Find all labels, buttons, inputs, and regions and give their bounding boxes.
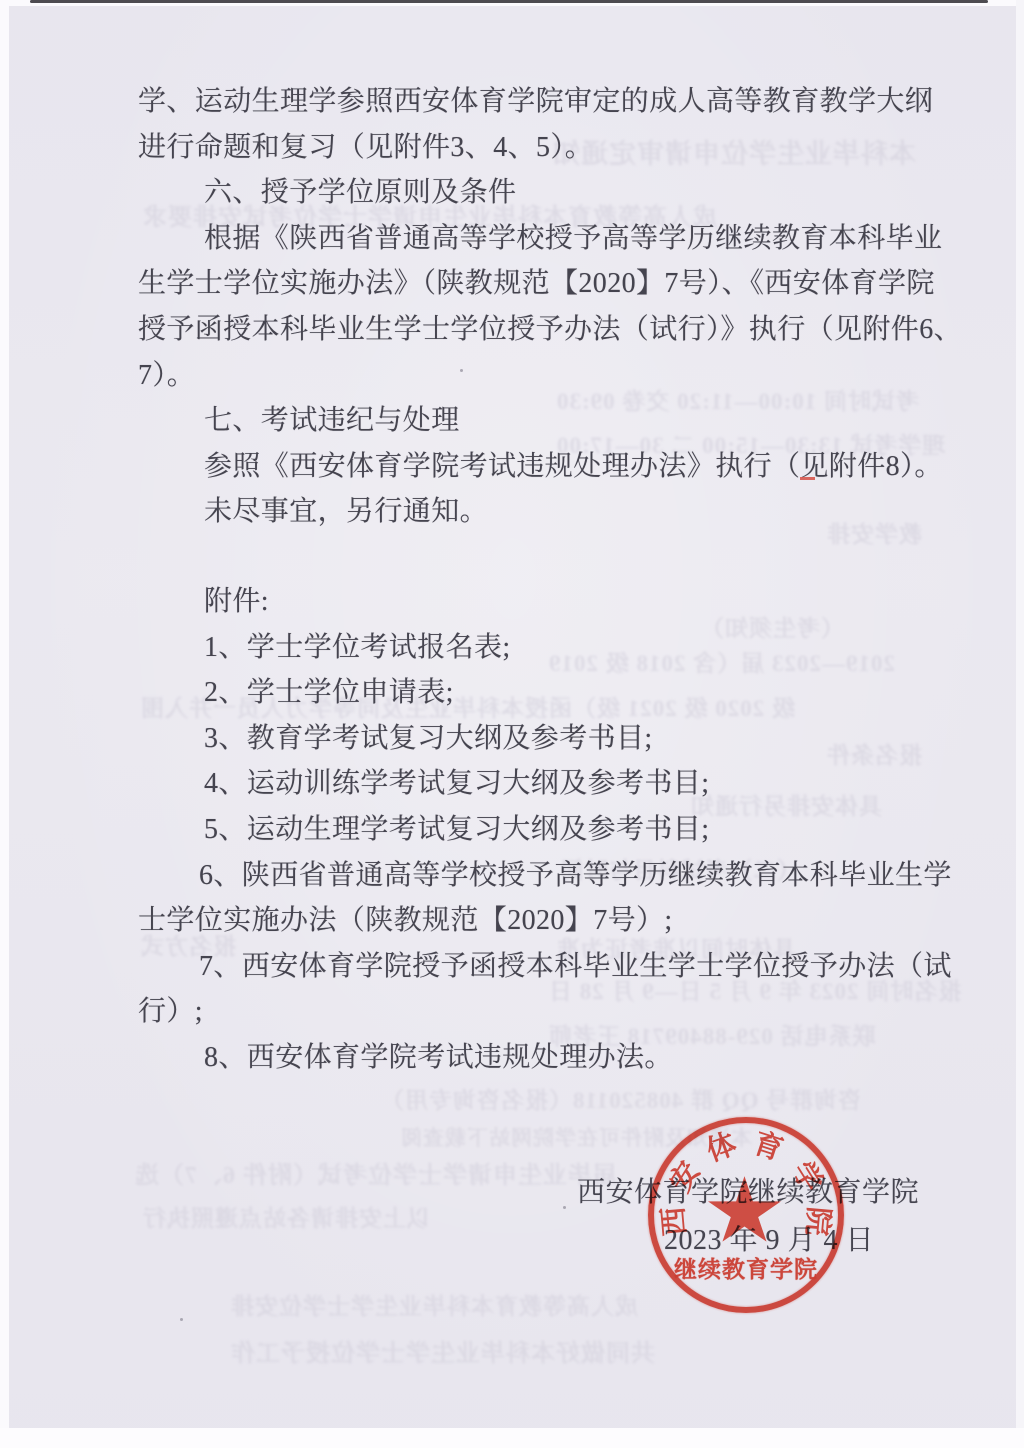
text-line: 生学士学位实施办法》（陕教规范【2020】7号）、《西安体育学院 xyxy=(138,268,935,300)
text-line: 7、西安体育学院授予函授本科毕业生学士学位授予办法（试 xyxy=(199,951,952,983)
text-line: 六、授予学位原则及条件 xyxy=(204,177,516,209)
text-line: 4、运动训练学考试复习大纲及参考书目; xyxy=(204,768,709,800)
bleedthrough-text: 成人高等教育本科毕业生学士学位安排 xyxy=(230,1288,638,1321)
text-line: 1、学士学位考试报名表; xyxy=(204,632,511,664)
bleedthrough-text: 报名条件 xyxy=(826,737,922,770)
text-line: 根据《陕西省普通高等学校授予高等学历继续教育本科毕业 xyxy=(204,223,942,255)
text-line: 学、运动生理学参照西安体育学院审定的成人高等教育教学大纲 xyxy=(138,86,933,118)
seal-arc-char: 西 xyxy=(651,1205,694,1237)
text-line: 授予函授本科毕业生学士学位授予办法（试行）》执行（见附件6、 xyxy=(138,314,962,346)
official-seal: 西安体育学院 继续教育学院 xyxy=(648,1117,844,1313)
bleedthrough-text: 本科毕业生学位申请审定通知 xyxy=(552,132,916,171)
red-underline-mark xyxy=(800,477,815,480)
bleedthrough-text: 具体安排另行通知 xyxy=(690,788,882,821)
bleedthrough-text: 考试时间 10:00—11:20 交卷 09:30 xyxy=(556,383,919,416)
text-line: 未尽事宜，另行通知。 xyxy=(204,496,488,528)
text-line: 七、考试违纪与处理 xyxy=(204,405,460,437)
bleedthrough-text: 2019—2023 届（含 2018 级 2019 xyxy=(548,645,895,678)
scan-artifact-strip xyxy=(30,0,988,3)
text-line: 行）; xyxy=(138,996,203,1028)
scan-edge-bottom xyxy=(0,1428,1024,1448)
scan-edge-left xyxy=(0,0,9,1448)
text-line: 参照《西安体育学院考试违规处理办法》执行（见附件8）。 xyxy=(204,451,943,483)
scan-speck xyxy=(563,1206,566,1209)
seal-banner-text: 继续教育学院 xyxy=(674,1251,818,1284)
scanned-page: 本科毕业生学位申请审定通知成人高等教育本科毕业生申请学士学位考试安排要求考试时间… xyxy=(0,0,1024,1448)
bleedthrough-text: 咨询群号 QQ 群 408520118（报名咨询专用） xyxy=(380,1082,861,1115)
bleedthrough-text: 共同做好本科毕业生学士学位授予工作 xyxy=(230,1333,655,1368)
bleedthrough-text: 届毕业生申请学士学位考试（附件 6、7）选 xyxy=(134,1155,617,1190)
text-line: 5、运动生理学考试复习大纲及参考书目; xyxy=(204,814,709,846)
seal-arc-char: 院 xyxy=(798,1205,841,1237)
text-line: 7）。 xyxy=(138,360,195,392)
text-line: 附件: xyxy=(204,586,269,618)
text-line: 8、西安体育学院考试违规处理办法。 xyxy=(204,1042,673,1074)
text-line: 士学位实施办法（陕教规范【2020】7号）; xyxy=(138,905,673,937)
scan-edge-right xyxy=(1016,0,1024,1448)
bleedthrough-text: 教学安排 xyxy=(826,516,922,549)
text-line: 6、陕西省普通高等学校授予高等学历继续教育本科毕业生学 xyxy=(199,860,952,892)
text-line: 3、教育学考试复习大纲及参考书目; xyxy=(204,723,653,755)
text-line: 2、学士学位申请表; xyxy=(204,677,454,709)
scan-speck xyxy=(180,1318,183,1321)
scan-speck xyxy=(460,369,463,372)
bleedthrough-text: 以上安排请各站点遵照执行 xyxy=(142,1200,430,1233)
text-line: 进行命题和复习（见附件3、4、5）。 xyxy=(138,132,593,164)
bleedthrough-text: （考生须知） xyxy=(700,610,844,643)
